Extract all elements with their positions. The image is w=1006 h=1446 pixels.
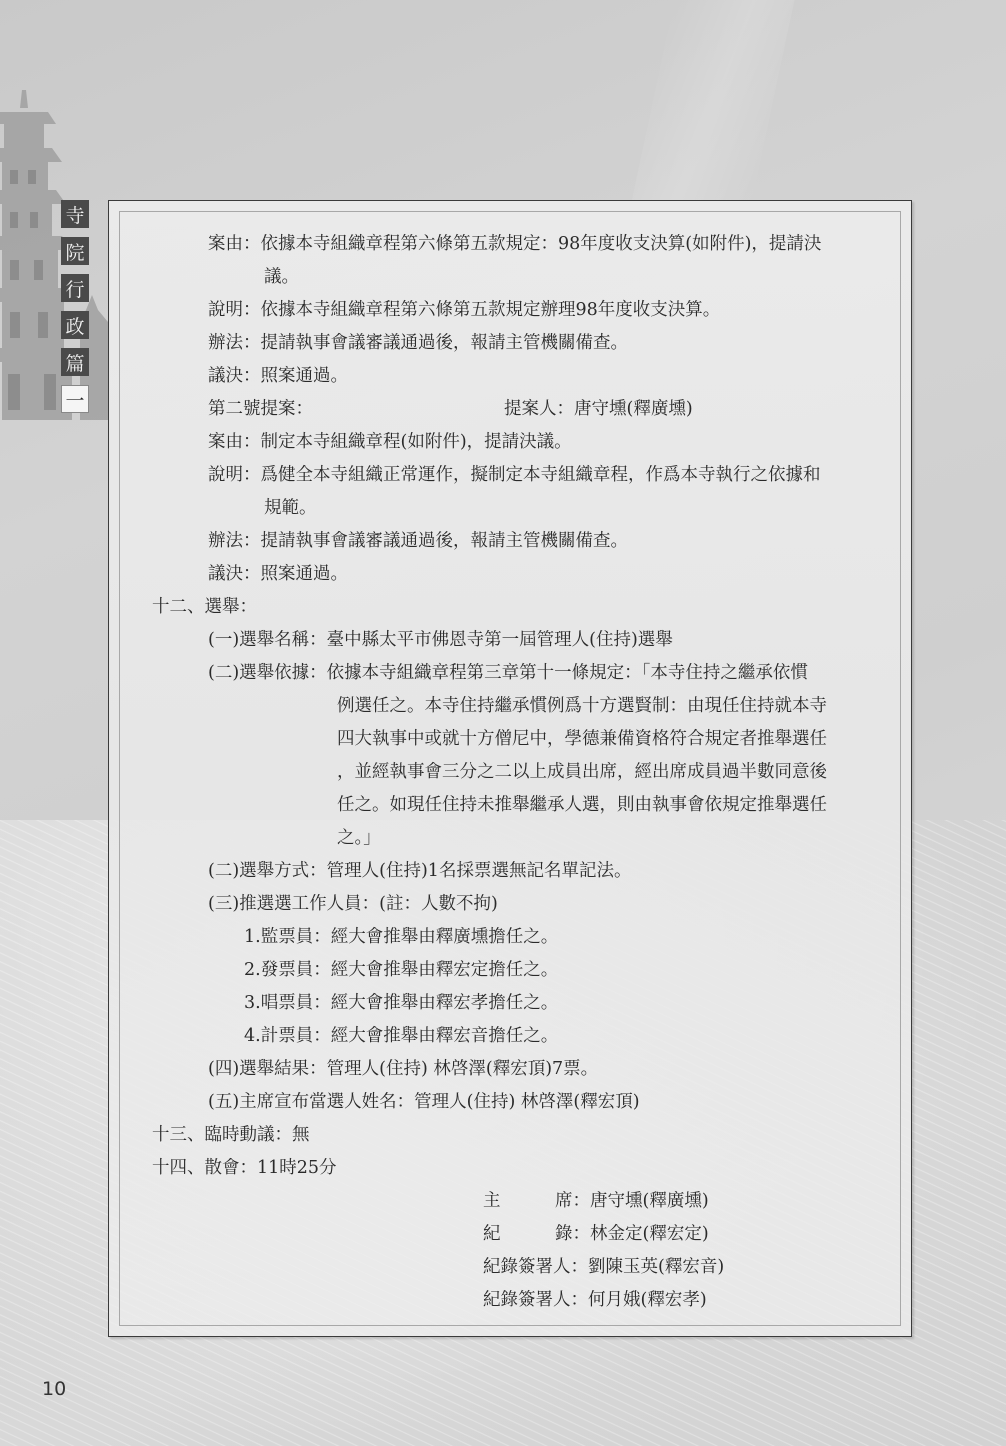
document-line: (一)選舉名稱：臺中縣太平市佛恩寺第一屆管理人(住持)選舉 [208, 624, 673, 657]
document-line: 議。 [264, 261, 299, 294]
page-number: 10 [42, 1378, 66, 1400]
document-line: 議決：照案通過。 [208, 360, 348, 393]
signature-role: 主 [483, 1185, 555, 1218]
document-line: 說明：爲健全本寺組織正常運作，擬制定本寺組織章程，作爲本寺執行之依據和 [208, 459, 821, 492]
background-sheen [626, 0, 795, 230]
document-line: 例選任之。本寺住持繼承慣例爲十方選賢制：由現任住持就本寺 [337, 690, 827, 723]
document-line: 1.監票員：經大會推舉由釋廣壎擔任之。 [244, 921, 558, 954]
signature-role: 紀錄簽署人 [483, 1251, 571, 1284]
document-line: 規範。 [264, 492, 317, 525]
document-line: 案由：制定本寺組織章程(如附件)，提請決議。 [208, 426, 572, 459]
signature-row: 主席：唐守壎(釋廣壎) [483, 1185, 709, 1218]
document-line: (二)選舉方式：管理人(住持)1名採票選無記名單記法。 [208, 855, 631, 888]
document-line: 辦法：提請執事會議審議通過後，報請主管機關備查。 [208, 327, 628, 360]
document-line: 之。」 [337, 822, 381, 855]
signature-name: ：唐守壎(釋廣壎) [573, 1191, 709, 1211]
section-tab-char: 寺 [61, 200, 89, 228]
signature-name: ：何月娥(釋宏孝) [571, 1290, 707, 1310]
signature-role-suffix: 席 [555, 1185, 573, 1218]
signature-row: 紀錄簽署人：何月娥(釋宏孝) [483, 1284, 707, 1317]
pagoda-illustration [0, 90, 108, 420]
document-line: 第二號提案： [208, 393, 313, 426]
section-tab-char: 院 [61, 237, 89, 265]
document-line: 3.唱票員：經大會推舉由釋宏孝擔任之。 [244, 987, 558, 1020]
document-line: (三)推選選工作人員：(註：人數不拘) [208, 888, 498, 921]
signature-role: 紀錄簽署人 [483, 1284, 571, 1317]
section-tabs: 寺 院 行 政 篇 一 [61, 200, 89, 413]
section-tab-char: 政 [61, 311, 89, 339]
signature-name: ：劉陳玉英(釋宏音) [571, 1257, 725, 1277]
section-tab-number: 一 [61, 385, 89, 413]
document-line: 2.發票員：經大會推舉由釋宏定擔任之。 [244, 954, 558, 987]
signature-name: ：林金定(釋宏定) [573, 1224, 709, 1244]
signature-row: 紀錄：林金定(釋宏定) [483, 1218, 709, 1251]
signature-role-suffix: 錄 [555, 1218, 573, 1251]
section-tab-char: 篇 [61, 348, 89, 376]
document-line: (五)主席宣布當選人姓名：管理人(住持) 林啓澤(釋宏頂) [208, 1086, 640, 1119]
document-line: 提案人：唐守壎(釋廣壎) [504, 393, 693, 426]
document-line: 十二、選舉： [152, 591, 257, 624]
signature-role: 紀 [483, 1218, 555, 1251]
signature-row: 紀錄簽署人：劉陳玉英(釋宏音) [483, 1251, 724, 1284]
document-line: 議決：照案通過。 [208, 558, 348, 591]
document-line: 四大執事中或就十方僧尼中，學德兼備資格符合規定者推舉選任 [337, 723, 827, 756]
document-line: ，並經執事會三分之二以上成員出席，經出席成員過半數同意後 [337, 756, 827, 789]
document-line: 說明：依據本寺組織章程第六條第五款規定辦理98年度收支決算。 [208, 294, 720, 327]
section-tab-char: 行 [61, 274, 89, 302]
document-line: 任之。如現任住持未推舉繼承人選，則由執事會依規定推舉選任 [337, 789, 827, 822]
document-line: 案由：依據本寺組織章程第六條第五款規定：98年度收支決算(如附件)，提請決 [208, 228, 821, 261]
document-line: 4.計票員：經大會推舉由釋宏音擔任之。 [244, 1020, 558, 1053]
document-line: (二)選舉依據：依據本寺組織章程第三章第十一條規定：「本寺住持之繼承依慣 [208, 657, 808, 690]
document-line: 十四、散會：11時25分 [152, 1152, 337, 1185]
document-line: 辦法：提請執事會議審議通過後，報請主管機關備查。 [208, 525, 628, 558]
document-line: (四)選舉結果：管理人(住持) 林啓澤(釋宏頂)7票。 [208, 1053, 598, 1086]
document-line: 十三、臨時動議：無 [152, 1119, 310, 1152]
